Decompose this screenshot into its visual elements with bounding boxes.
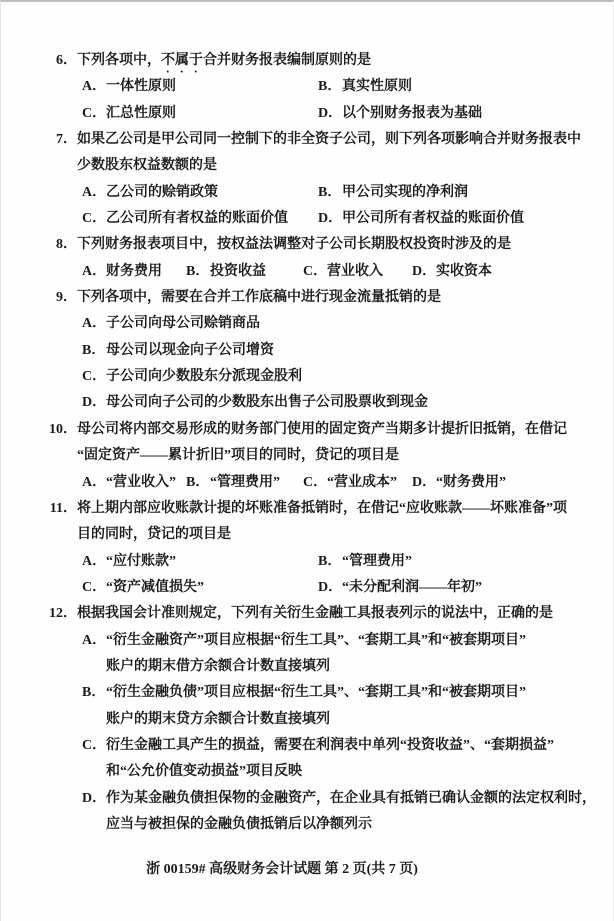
option-label: A． (82, 311, 106, 337)
option-label: C． (303, 259, 327, 285)
question-stem-line: 9．下列各项中，需要在合并工作底稿中进行现金流量抵销的是 (1, 285, 614, 311)
option-cell: B．“管理费用” (186, 470, 280, 496)
option-text: 账户的期末借方余额合计数直接填列 (106, 659, 330, 674)
question-stem-line: 10．母公司将内部交易形成的财务部门使用的固定资产当期多计提折旧抵销，在借记 (1, 417, 614, 443)
question-stem-continuation: 目的同时，贷记的项目是 (1, 522, 614, 548)
option-text: “应付账款” (106, 554, 176, 569)
option-text: 子公司向母公司赊销商品 (106, 316, 260, 331)
question-block: 10．母公司将内部交易形成的财务部门使用的固定资产当期多计提折旧抵销，在借记“固… (1, 417, 614, 496)
option-text: “衍生金融负债”项目应根据“衍生工具”、“套期工具”和“被套期项目” (106, 685, 526, 700)
option-text: 乙公司的赊销政策 (106, 185, 218, 200)
option-cell: B．真实性原则 (318, 74, 412, 100)
question-number: 8． (45, 232, 77, 258)
option-line: D．母公司向子公司的少数股东出售子公司股票收到现金 (1, 390, 614, 416)
option-text: “营业收入” (106, 475, 176, 490)
option-cell: B．甲公司实现的净利润 (318, 180, 468, 206)
option-text: 乙公司所有者权益的账面价值 (106, 211, 288, 226)
option-cell: A．乙公司的赊销政策 (82, 180, 218, 206)
options-row: C．汇总性原则D．以个别财务报表为基础 (1, 101, 614, 127)
option-continuation-line: 和“公允价值变动损益”项目反映 (1, 759, 614, 785)
question-stem-line: 11．将上期内部应收账款计提的坏账准备抵销时，在借记“应收账款——坏账准备”项 (1, 496, 614, 522)
option-text: 实收资本 (436, 264, 492, 279)
options-row: C．乙公司所有者权益的账面价值D．甲公司所有者权益的账面价值 (1, 206, 614, 232)
option-label: A． (82, 549, 106, 575)
option-label: A． (82, 470, 106, 496)
option-continuation-line: 应当与被担保的金融负债抵销后以净额列示 (1, 812, 614, 838)
option-label: B． (186, 259, 210, 285)
option-text: “未分配利润——年初” (342, 580, 482, 595)
option-cell: C．“资产减值损失” (82, 575, 204, 601)
option-line: C．衍生金融工具产生的损益，需要在利润表中单列“投资收益”、“套期损益” (1, 733, 614, 759)
option-label: D． (412, 259, 436, 285)
option-text: 一体性原则 (106, 79, 176, 94)
stem-text: “固定资产——累计折旧”项目的同时，贷记的项目是 (77, 448, 399, 463)
option-continuation-line: 账户的期末贷方余额合计数直接填列 (1, 707, 614, 733)
options-row: C．“资产减值损失”D．“未分配利润——年初” (1, 575, 614, 601)
option-text: “财务费用” (436, 475, 506, 490)
option-line: D．作为某金融负债担保物的金融资产，在企业具有抵销已确认金额的法定权利时， (1, 786, 614, 812)
option-label: B． (318, 180, 342, 206)
option-text: 甲公司所有者权益的账面价值 (342, 211, 524, 226)
question-stem-line: 6．下列各项中，不属于合并财务报表编制原则的是 (1, 48, 614, 74)
stem-text: 母公司将内部交易形成的财务部门使用的固定资产当期多计提折旧抵销，在借记 (77, 422, 567, 437)
option-text: 投资收益 (210, 264, 266, 279)
stem-text: 下列各项中，需要在合并工作底稿中进行现金流量抵销的是 (77, 290, 441, 305)
option-cell: A．一体性原则 (82, 74, 176, 100)
exam-content: 6．下列各项中，不属于合并财务报表编制原则的是A．一体性原则B．真实性原则C．汇… (1, 48, 614, 838)
option-label: A． (82, 74, 106, 100)
option-text: 作为某金融负债担保物的金融资产，在企业具有抵销已确认金额的法定权利时， (106, 791, 596, 806)
question-stem-line: 8．下列财务报表项目中，按权益法调整对子公司长期股权投资时涉及的是 (1, 232, 614, 258)
option-cell: D．以个别财务报表为基础 (318, 101, 482, 127)
exam-page: 6．下列各项中，不属于合并财务报表编制原则的是A．一体性原则B．真实性原则C．汇… (0, 0, 614, 921)
option-label: D． (318, 206, 342, 232)
question-block: 11．将上期内部应收账款计提的坏账准备抵销时，在借记“应收账款——坏账准备”项目… (1, 496, 614, 601)
option-cell: B．“管理费用” (318, 549, 412, 575)
option-cell: A．“应付账款” (82, 549, 176, 575)
option-cell: D．甲公司所有者权益的账面价值 (318, 206, 524, 232)
option-label: A． (82, 180, 106, 206)
options-row: A．一体性原则B．真实性原则 (1, 74, 614, 100)
option-text: 营业收入 (327, 264, 383, 279)
stem-text: 下列财务报表项目中，按权益法调整对子公司长期股权投资时涉及的是 (77, 237, 511, 252)
option-cell: D．“财务费用” (412, 470, 506, 496)
page-footer: 浙 00159# 高级财务会计试题 第 2 页(共 7 页) (146, 858, 418, 878)
stem-text: 下列各项中， (77, 53, 161, 68)
option-label: B． (318, 74, 342, 100)
option-label: A． (82, 628, 106, 654)
option-cell: D．“未分配利润——年初” (318, 575, 482, 601)
option-label: C． (303, 470, 327, 496)
emphasized-text: 不属于 (161, 53, 203, 68)
option-label: C． (82, 733, 106, 759)
question-number: 11． (45, 496, 77, 522)
stem-text: 如果乙公司是甲公司同一控制下的非全资子公司，则下列各项影响合并财务报表中 (77, 132, 581, 147)
stem-text: 合并财务报表编制原则的是 (203, 53, 371, 68)
option-text: “衍生金融资产”项目应根据“衍生工具”、“套期工具”和“被套期项目” (106, 633, 526, 648)
option-text: 账户的期末贷方余额合计数直接填列 (106, 712, 330, 727)
option-text: “管理费用” (210, 475, 280, 490)
option-text: 以个别财务报表为基础 (342, 106, 482, 121)
question-block: 12．根据我国会计准则规定，下列有关衍生金融工具报表列示的说法中，正确的是A．“… (1, 601, 614, 838)
option-label: B． (318, 549, 342, 575)
option-text: 和“公允价值变动损益”项目反映 (106, 764, 302, 779)
question-number: 7． (45, 127, 77, 153)
question-block: 6．下列各项中，不属于合并财务报表编制原则的是A．一体性原则B．真实性原则C．汇… (1, 48, 614, 127)
option-label: B． (82, 680, 106, 706)
stem-text: 将上期内部应收账款计提的坏账准备抵销时，在借记“应收账款——坏账准备”项 (77, 501, 567, 516)
options-row: A．财务费用B．投资收益C．营业收入D．实收资本 (1, 259, 614, 285)
question-number: 6． (45, 48, 77, 74)
stem-text: 根据我国会计准则规定，下列有关衍生金融工具报表列示的说法中，正确的是 (77, 606, 553, 621)
option-line: C．子公司向少数股东分派现金股利 (1, 364, 614, 390)
question-stem-continuation: “固定资产——累计折旧”项目的同时，贷记的项目是 (1, 443, 614, 469)
option-label: D． (82, 390, 106, 416)
option-line: B．母公司以现金向子公司增资 (1, 338, 614, 364)
option-label: D． (318, 575, 342, 601)
question-stem-line: 7．如果乙公司是甲公司同一控制下的非全资子公司，则下列各项影响合并财务报表中 (1, 127, 614, 153)
question-number: 9． (45, 285, 77, 311)
question-number: 10． (45, 417, 77, 443)
question-stem-line: 12．根据我国会计准则规定，下列有关衍生金融工具报表列示的说法中，正确的是 (1, 601, 614, 627)
option-line: A．“衍生金融资产”项目应根据“衍生工具”、“套期工具”和“被套期项目” (1, 628, 614, 654)
question-number: 12． (45, 601, 77, 627)
option-text: 真实性原则 (342, 79, 412, 94)
options-row: A．“营业收入”B．“管理费用”C．“营业成本”D．“财务费用” (1, 470, 614, 496)
option-label: B． (82, 338, 106, 364)
question-block: 8．下列财务报表项目中，按权益法调整对子公司长期股权投资时涉及的是A．财务费用B… (1, 232, 614, 285)
option-label: D． (318, 101, 342, 127)
option-cell: C．“营业成本” (303, 470, 397, 496)
option-cell: C．汇总性原则 (82, 101, 176, 127)
options-row: A．乙公司的赊销政策B．甲公司实现的净利润 (1, 180, 614, 206)
option-cell: C．乙公司所有者权益的账面价值 (82, 206, 288, 232)
option-text: 母公司以现金向子公司增资 (106, 343, 274, 358)
option-label: A． (82, 259, 106, 285)
question-block: 7．如果乙公司是甲公司同一控制下的非全资子公司，则下列各项影响合并财务报表中少数… (1, 127, 614, 232)
option-cell: A．财务费用 (82, 259, 162, 285)
option-line: A．子公司向母公司赊销商品 (1, 311, 614, 337)
option-label: C． (82, 575, 106, 601)
option-label: D． (82, 786, 106, 812)
option-continuation-line: 账户的期末借方余额合计数直接填列 (1, 654, 614, 680)
option-label: C． (82, 206, 106, 232)
option-label: B． (186, 470, 210, 496)
option-label: C． (82, 364, 106, 390)
option-cell: B．投资收益 (186, 259, 266, 285)
question-block: 9．下列各项中，需要在合并工作底稿中进行现金流量抵销的是A．子公司向母公司赊销商… (1, 285, 614, 417)
option-text: 母公司向子公司的少数股东出售子公司股票收到现金 (106, 395, 428, 410)
stem-text: 少数股东权益数额的是 (77, 158, 217, 173)
option-text: 甲公司实现的净利润 (342, 185, 468, 200)
option-text: “营业成本” (327, 475, 397, 490)
option-text: 财务费用 (106, 264, 162, 279)
option-label: C． (82, 101, 106, 127)
option-text: “管理费用” (342, 554, 412, 569)
option-text: 汇总性原则 (106, 106, 176, 121)
option-cell: D．实收资本 (412, 259, 492, 285)
option-text: 应当与被担保的金融负债抵销后以净额列示 (106, 817, 372, 832)
stem-text: 目的同时，贷记的项目是 (77, 527, 231, 542)
option-cell: C．营业收入 (303, 259, 383, 285)
options-row: A．“应付账款”B．“管理费用” (1, 549, 614, 575)
option-text: 衍生金融工具产生的损益，需要在利润表中单列“投资收益”、“套期损益” (106, 738, 554, 753)
question-stem-continuation: 少数股东权益数额的是 (1, 153, 614, 179)
option-text: 子公司向少数股东分派现金股利 (106, 369, 302, 384)
option-text: “资产减值损失” (106, 580, 204, 595)
option-cell: A．“营业收入” (82, 470, 176, 496)
option-label: D． (412, 470, 436, 496)
option-line: B．“衍生金融负债”项目应根据“衍生工具”、“套期工具”和“被套期项目” (1, 680, 614, 706)
